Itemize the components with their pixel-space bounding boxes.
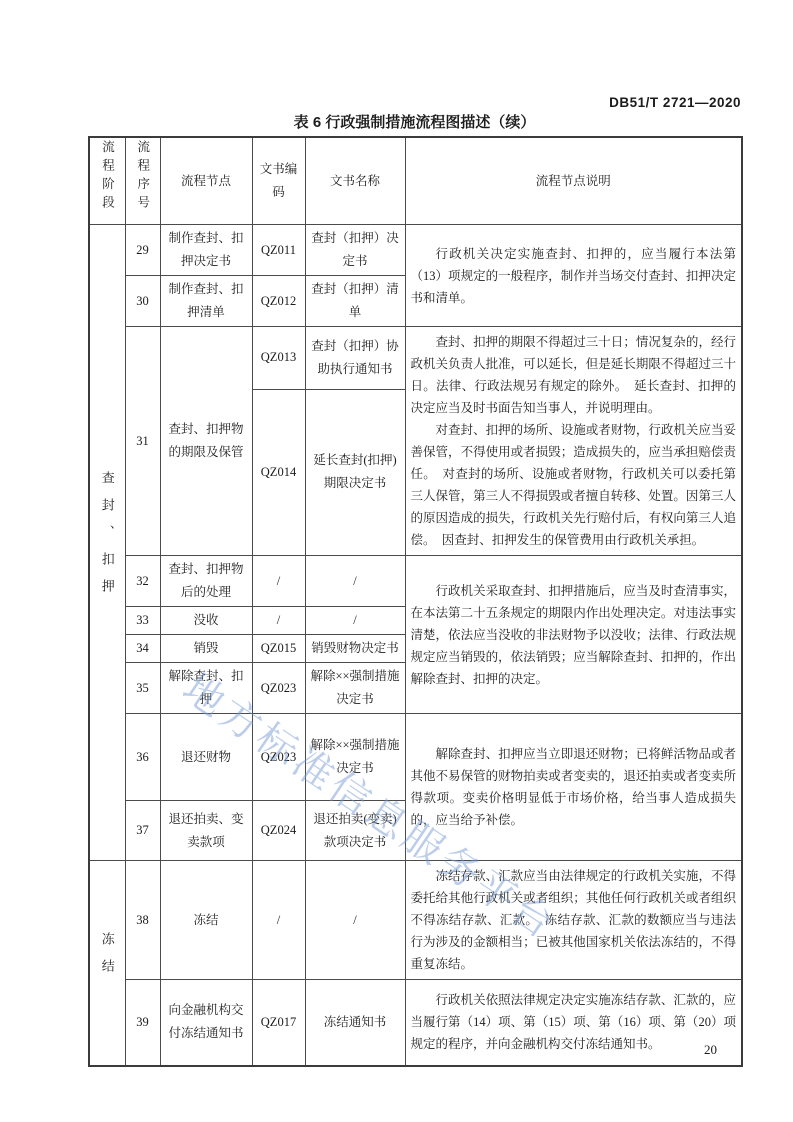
doc-code-cell: QZ023 (252, 714, 305, 801)
header-seq: 流程序号 (125, 137, 160, 225)
doc-name-cell: / (305, 556, 405, 607)
seq-cell: 36 (125, 714, 160, 801)
description-text: 查封、扣押的期限不得超过三十日；情况复杂的，经行政机关负责人批准，可以延长，但是… (411, 331, 737, 419)
header-doc-code-label: 文书编码 (260, 162, 298, 199)
header-doc-name-label: 文书名称 (330, 174, 380, 188)
doc-name-cell: 查封（扣押）协助执行通知书 (305, 327, 405, 390)
seq-cell: 35 (125, 663, 160, 714)
standard-code: DB51/T 2721—2020 (609, 95, 741, 110)
doc-name-cell: 销毁财物决定书 (305, 635, 405, 663)
document-page: DB51/T 2721—2020 表 6 行政强制措施流程图描述（续） 流程阶段… (0, 0, 793, 1122)
doc-name-cell: 查封（扣押）决定书 (305, 225, 405, 276)
table-row-38: 冻结 38 冻结 / / 冻结存款、汇款应当由法律规定的行政机关实施，不得委托给… (89, 861, 742, 980)
doc-code-cell: / (252, 556, 305, 607)
description-cell: 查封、扣押的期限不得超过三十日；情况复杂的，经行政机关负责人批准，可以延长，但是… (405, 327, 742, 556)
table-row-31a: 31 查封、扣押物的期限及保管 QZ013 查封（扣押）协助执行通知书 查封、扣… (89, 327, 742, 390)
doc-name-cell: 冻结通知书 (305, 980, 405, 1066)
stage-cell-freeze: 冻结 (89, 861, 125, 1066)
doc-code-cell: QZ024 (252, 801, 305, 861)
seq-cell: 32 (125, 556, 160, 607)
table-row-29: 查封、扣押 29 制作查封、扣押决定书 QZ011 查封（扣押）决定书 行政机关… (89, 225, 742, 276)
header-node: 流程节点 (160, 137, 252, 225)
stage-label: 查封、扣押 (101, 471, 114, 606)
node-cell: 向金融机构交付冻结通知书 (160, 980, 252, 1066)
header-node-label: 流程节点 (181, 174, 231, 188)
doc-name-cell: / (305, 607, 405, 635)
node-cell: 解除查封、扣押 (160, 663, 252, 714)
node-cell: 制作查封、扣押决定书 (160, 225, 252, 276)
description-cell: 行政机关决定实施查封、扣押的，应当履行本法第（13）项规定的一般程序，制作并当场… (405, 225, 742, 327)
seq-cell: 37 (125, 801, 160, 861)
seq-cell: 31 (125, 327, 160, 556)
node-cell: 制作查封、扣押清单 (160, 276, 252, 327)
header-description: 流程节点说明 (405, 137, 742, 225)
description-text: 行政机关采取查封、扣押措施后，应当及时查清事实，在本法第二十五条规定的期限内作出… (411, 580, 737, 690)
header-row: 流程阶段 流程序号 流程节点 文书编码 文书名称 流程节点说明 (89, 137, 742, 225)
doc-name-cell: 退还拍卖(变卖)款项决定书 (305, 801, 405, 861)
doc-code-cell: QZ014 (252, 389, 305, 555)
doc-code-cell: QZ023 (252, 663, 305, 714)
header-stage-label: 流程阶段 (101, 140, 114, 214)
description-text: 行政机关决定实施查封、扣押的，应当履行本法第（13）项规定的一般程序，制作并当场… (411, 243, 737, 309)
stage-label: 冻结 (101, 932, 114, 986)
doc-code-cell: QZ017 (252, 980, 305, 1066)
seq-cell: 34 (125, 635, 160, 663)
node-cell: 退还财物 (160, 714, 252, 801)
doc-name-cell: / (305, 861, 405, 980)
doc-code-cell: QZ011 (252, 225, 305, 276)
doc-code-cell: QZ013 (252, 327, 305, 390)
doc-code-cell: QZ015 (252, 635, 305, 663)
doc-code-cell: / (252, 607, 305, 635)
doc-code-cell: / (252, 861, 305, 980)
description-text: 行政机关依照法律规定决定实施冻结存款、汇款的，应当履行第（14）项、第（15）项… (411, 989, 737, 1055)
header-seq-label: 流程序号 (136, 140, 149, 214)
doc-name-cell: 查封（扣押）清单 (305, 276, 405, 327)
description-cell: 解除查封、扣押应当立即退还财物；已将鲜活物品或者其他不易保管的财物拍卖或者变卖的… (405, 714, 742, 861)
seq-cell: 33 (125, 607, 160, 635)
seq-cell: 30 (125, 276, 160, 327)
table-row-36: 36 退还财物 QZ023 解除××强制措施决定书 解除查封、扣押应当立即退还财… (89, 714, 742, 801)
node-cell: 冻结 (160, 861, 252, 980)
header-description-label: 流程节点说明 (536, 174, 611, 188)
doc-name-cell: 解除××强制措施决定书 (305, 663, 405, 714)
description-text: 对查封、扣押的场所、设施或者财物，行政机关应当妥善保管，不得使用或者损毁；造成损… (411, 419, 737, 551)
seq-cell: 38 (125, 861, 160, 980)
description-cell: 冻结存款、汇款应当由法律规定的行政机关实施，不得委托给其他行政机关或者组织；其他… (405, 861, 742, 980)
description-text: 冻结存款、汇款应当由法律规定的行政机关实施，不得委托给其他行政机关或者组织；其他… (411, 865, 737, 975)
seq-cell: 29 (125, 225, 160, 276)
doc-code-cell: QZ012 (252, 276, 305, 327)
seq-cell: 39 (125, 980, 160, 1066)
header-stage: 流程阶段 (89, 137, 125, 225)
description-text: 解除查封、扣押应当立即退还财物；已将鲜活物品或者其他不易保管的财物拍卖或者变卖的… (411, 743, 737, 831)
node-cell: 没收 (160, 607, 252, 635)
node-cell: 销毁 (160, 635, 252, 663)
stage-cell-seizure: 查封、扣押 (89, 225, 125, 861)
header-doc-name: 文书名称 (305, 137, 405, 225)
node-cell: 查封、扣押物后的处理 (160, 556, 252, 607)
table-row-32: 32 查封、扣押物后的处理 / / 行政机关采取查封、扣押措施后，应当及时查清事… (89, 556, 742, 607)
doc-name-cell: 解除××强制措施决定书 (305, 714, 405, 801)
doc-name-cell: 延长查封(扣押)期限决定书 (305, 389, 405, 555)
header-doc-code: 文书编码 (252, 137, 305, 225)
node-cell: 退还拍卖、变卖款项 (160, 801, 252, 861)
description-cell: 行政机关依照法律规定决定实施冻结存款、汇款的，应当履行第（14）项、第（15）项… (405, 980, 742, 1066)
description-cell: 行政机关采取查封、扣押措施后，应当及时查清事实，在本法第二十五条规定的期限内作出… (405, 556, 742, 714)
table-row-39: 39 向金融机构交付冻结通知书 QZ017 冻结通知书 行政机关依照法律规定决定… (89, 980, 742, 1066)
table-title: 表 6 行政强制措施流程图描述（续） (88, 111, 741, 132)
page-number: 20 (704, 1042, 717, 1058)
process-table: 流程阶段 流程序号 流程节点 文书编码 文书名称 流程节点说明 查封、扣押 29… (88, 136, 743, 1067)
node-cell: 查封、扣押物的期限及保管 (160, 327, 252, 556)
